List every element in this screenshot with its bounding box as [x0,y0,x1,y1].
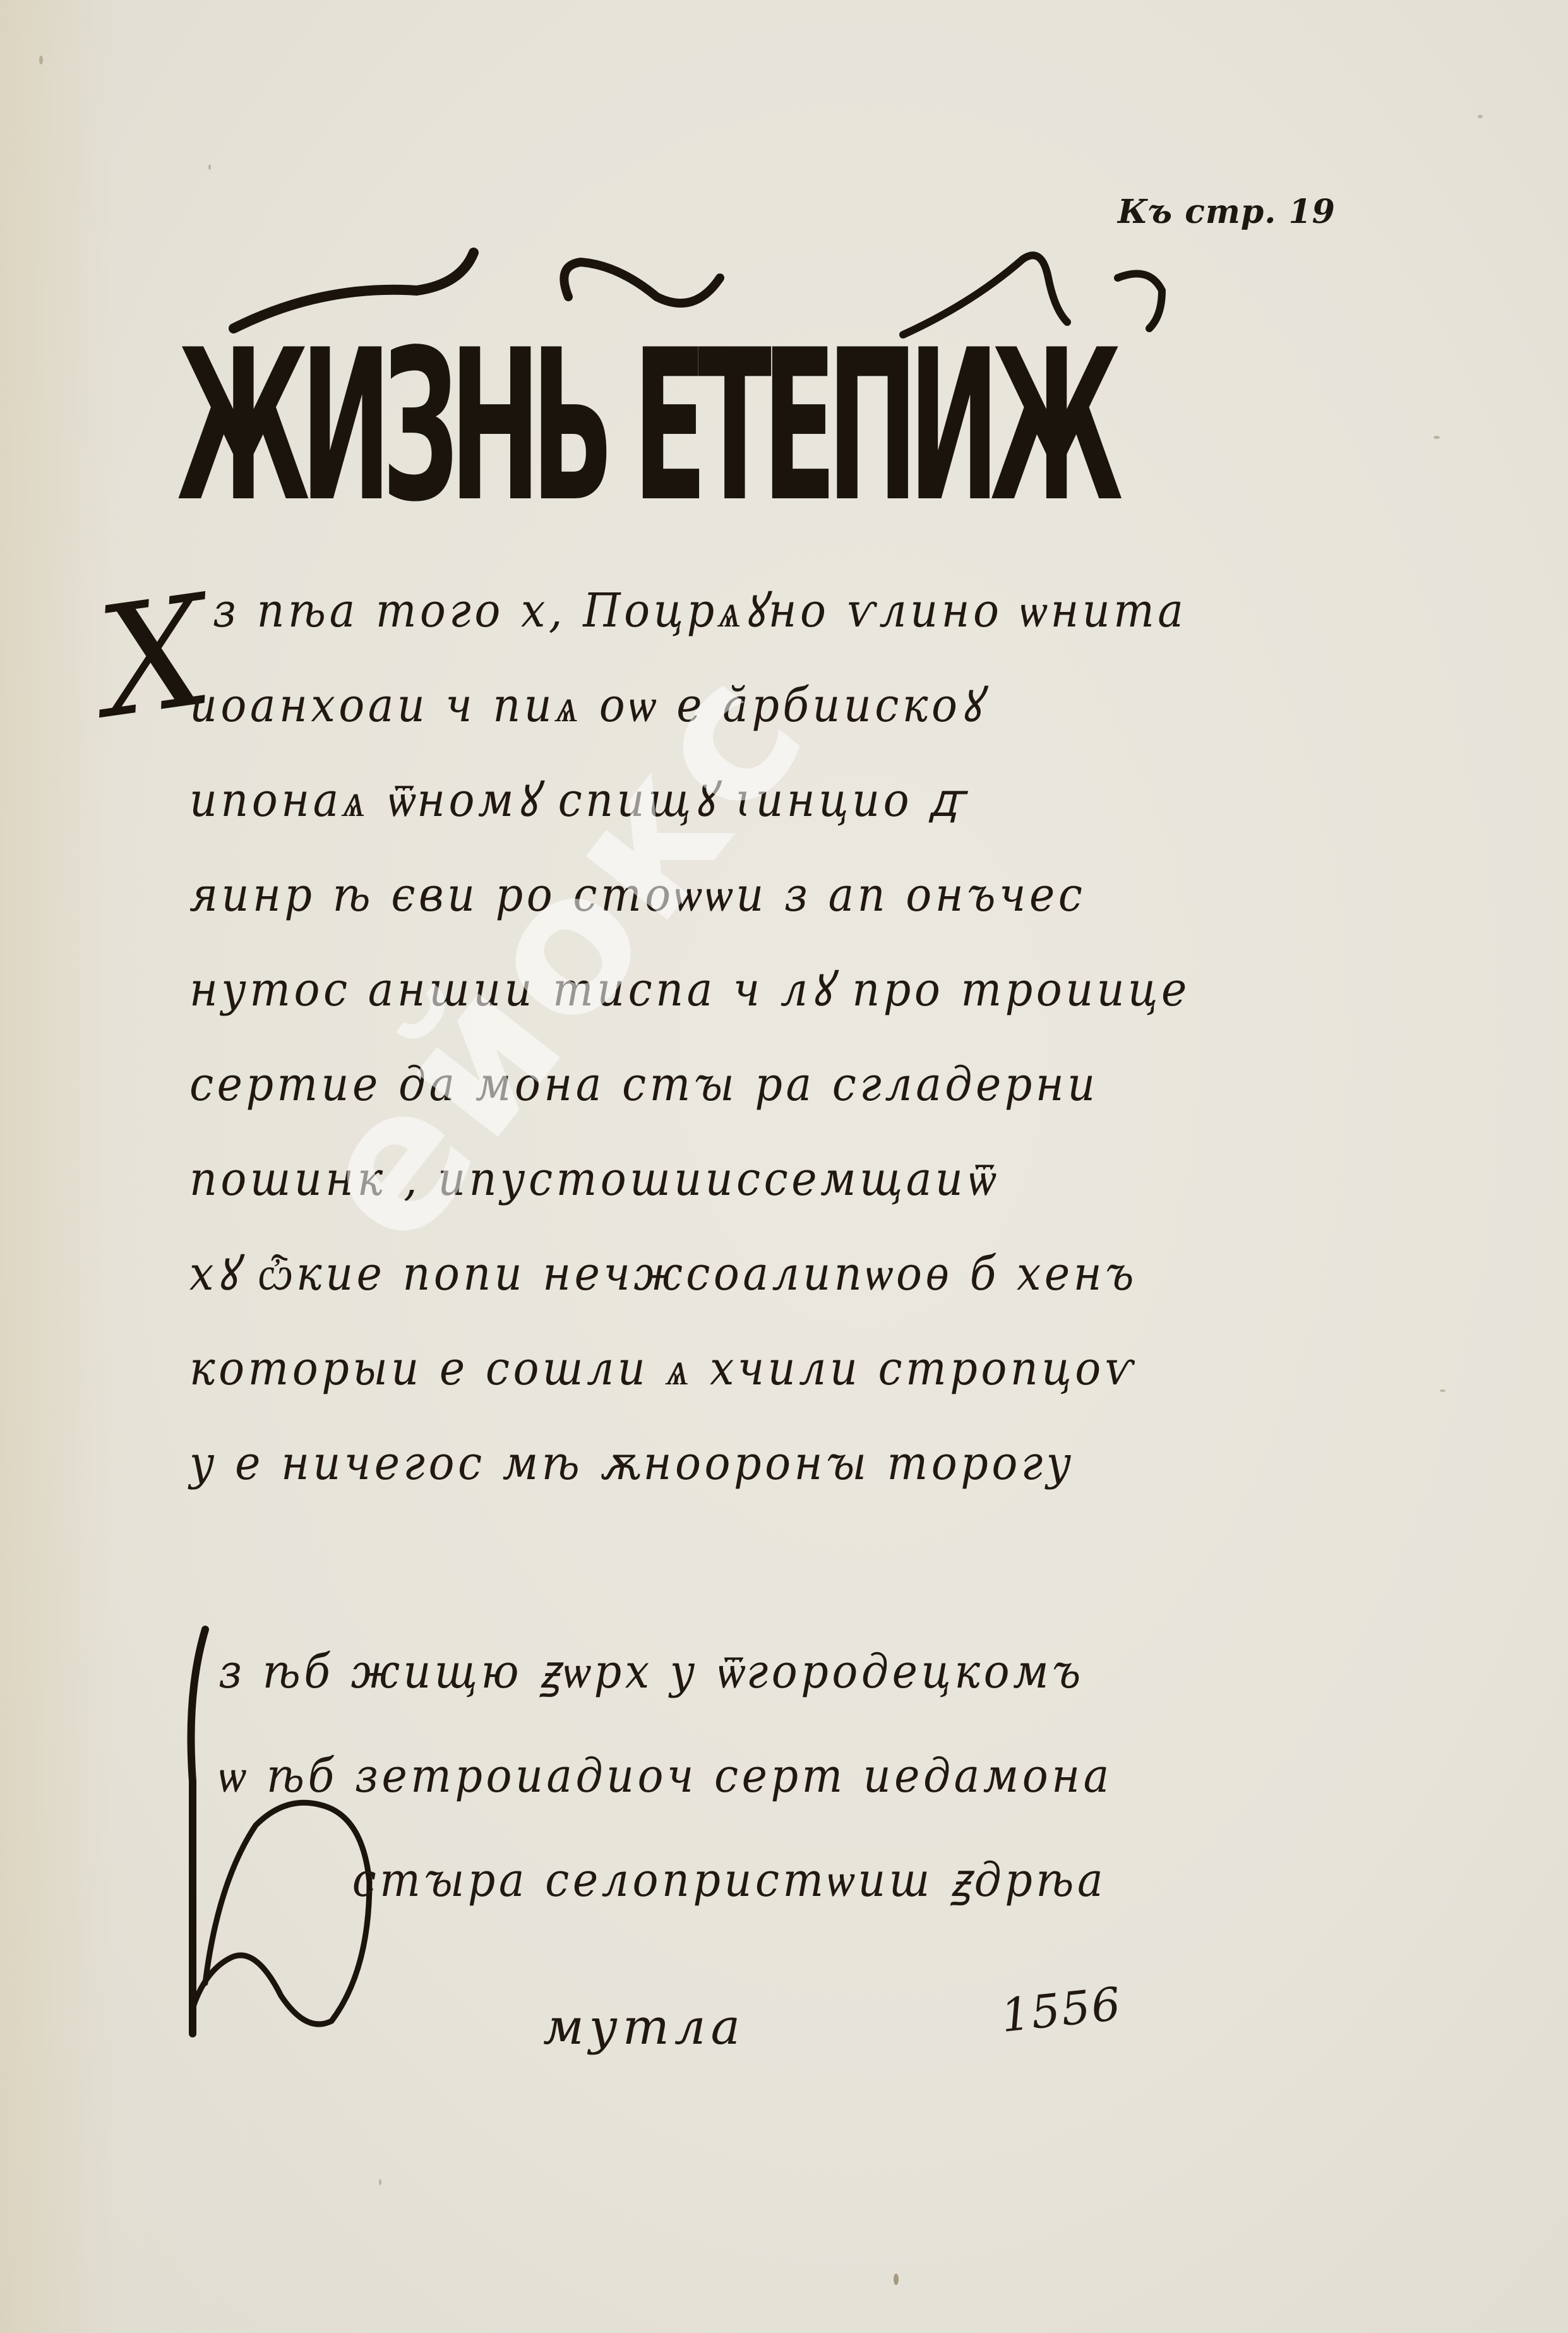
paper-speck [39,56,43,64]
manuscript-line: хꙋ ѽкие попи нечжсоалипѡоѳ б хенъ [189,1250,1188,1345]
paper-speck [894,2274,899,2285]
page-reference: Къ стр. 19 [1118,193,1336,231]
manuscript-line: пошинк , ипустошииссемщаиѿ [189,1156,1188,1250]
year-1556: 1556 [998,1977,1124,2042]
manuscript-line: которыи е сошли ѧ хчили стропцоѵ [189,1345,1188,1440]
vyaz-heading: ЖИЗНЬ ЕТЕПИЖ [177,297,1137,524]
paper-speck [1440,1389,1445,1392]
paragraph-2: з ѣб жищю ꙃѡрх у ѿгородецкомъ ѡ ѣб зетро… [189,1648,1276,1961]
paper-speck [208,164,211,170]
heading-text: ЖИЗНЬ ЕТЕПИЖ [177,322,1113,531]
manuscript-page: Къ стр. 19 ЖИЗНЬ ЕТЕПИЖ Х з пѣа того х, … [0,0,1568,2333]
manuscript-line: ипонаѧ ѿномꙋ спищꙋ ꙇинцио ꙣ [189,777,1188,872]
manuscript-line: стꙑра селопристѡиш ꙃдрѣа [189,1857,1188,1961]
paper-speck [1478,115,1483,118]
manuscript-line: ѡ ѣб зетроиадиоч серт иедамона [189,1753,1188,1857]
closing-signature: мутла [543,1999,745,2056]
manuscript-line: сертие да мона стꙑ ра сгладерни [189,1061,1188,1156]
manuscript-line: яинр ѣ єви ро стоѡѡи з ап онъчес [189,872,1188,966]
paragraph-1: з пѣа того х, Поцрѧꙋно ѵлино ѡнита иоанх… [189,587,1276,1535]
manuscript-line: иоанхоаи ч пиѧ оѡ е ӑрбиискоꙋ [189,682,1188,777]
paper-speck [379,2179,381,2185]
manuscript-line: нутос аншии тиспа ч лꙋ про троиице [189,966,1188,1061]
manuscript-line: з ѣб жищю ꙃѡрх у ѿгородецкомъ [189,1648,1188,1753]
paper-speck [1433,436,1440,439]
manuscript-line: у е ничегос мѣ ѫнооронꙑ торогу [189,1440,1188,1535]
manuscript-line: з пѣа того х, Поцрѧꙋно ѵлино ѡнита [189,587,1188,682]
